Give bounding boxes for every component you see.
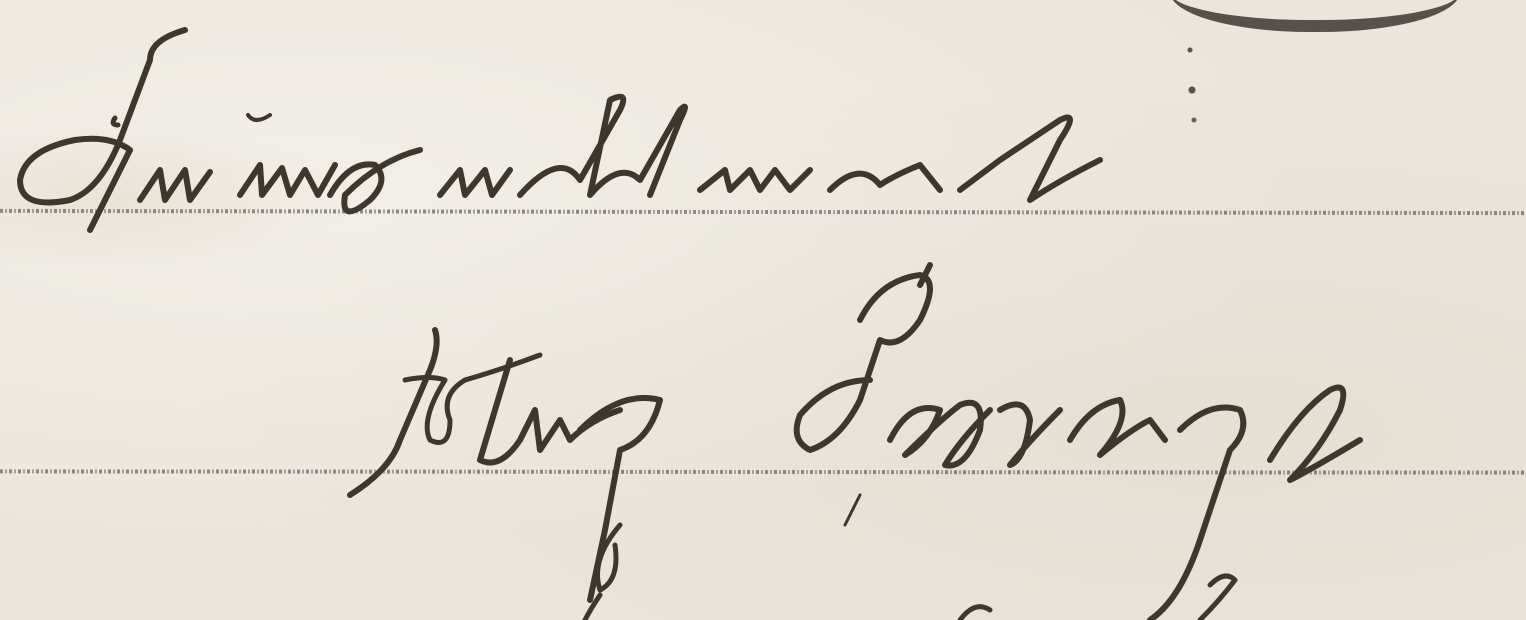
handwriting-line-2 bbox=[350, 265, 1360, 620]
handwriting-line-1 bbox=[20, 30, 1100, 230]
handwriting-svg bbox=[0, 0, 1526, 620]
handwriting-line-3 bbox=[585, 525, 1235, 620]
